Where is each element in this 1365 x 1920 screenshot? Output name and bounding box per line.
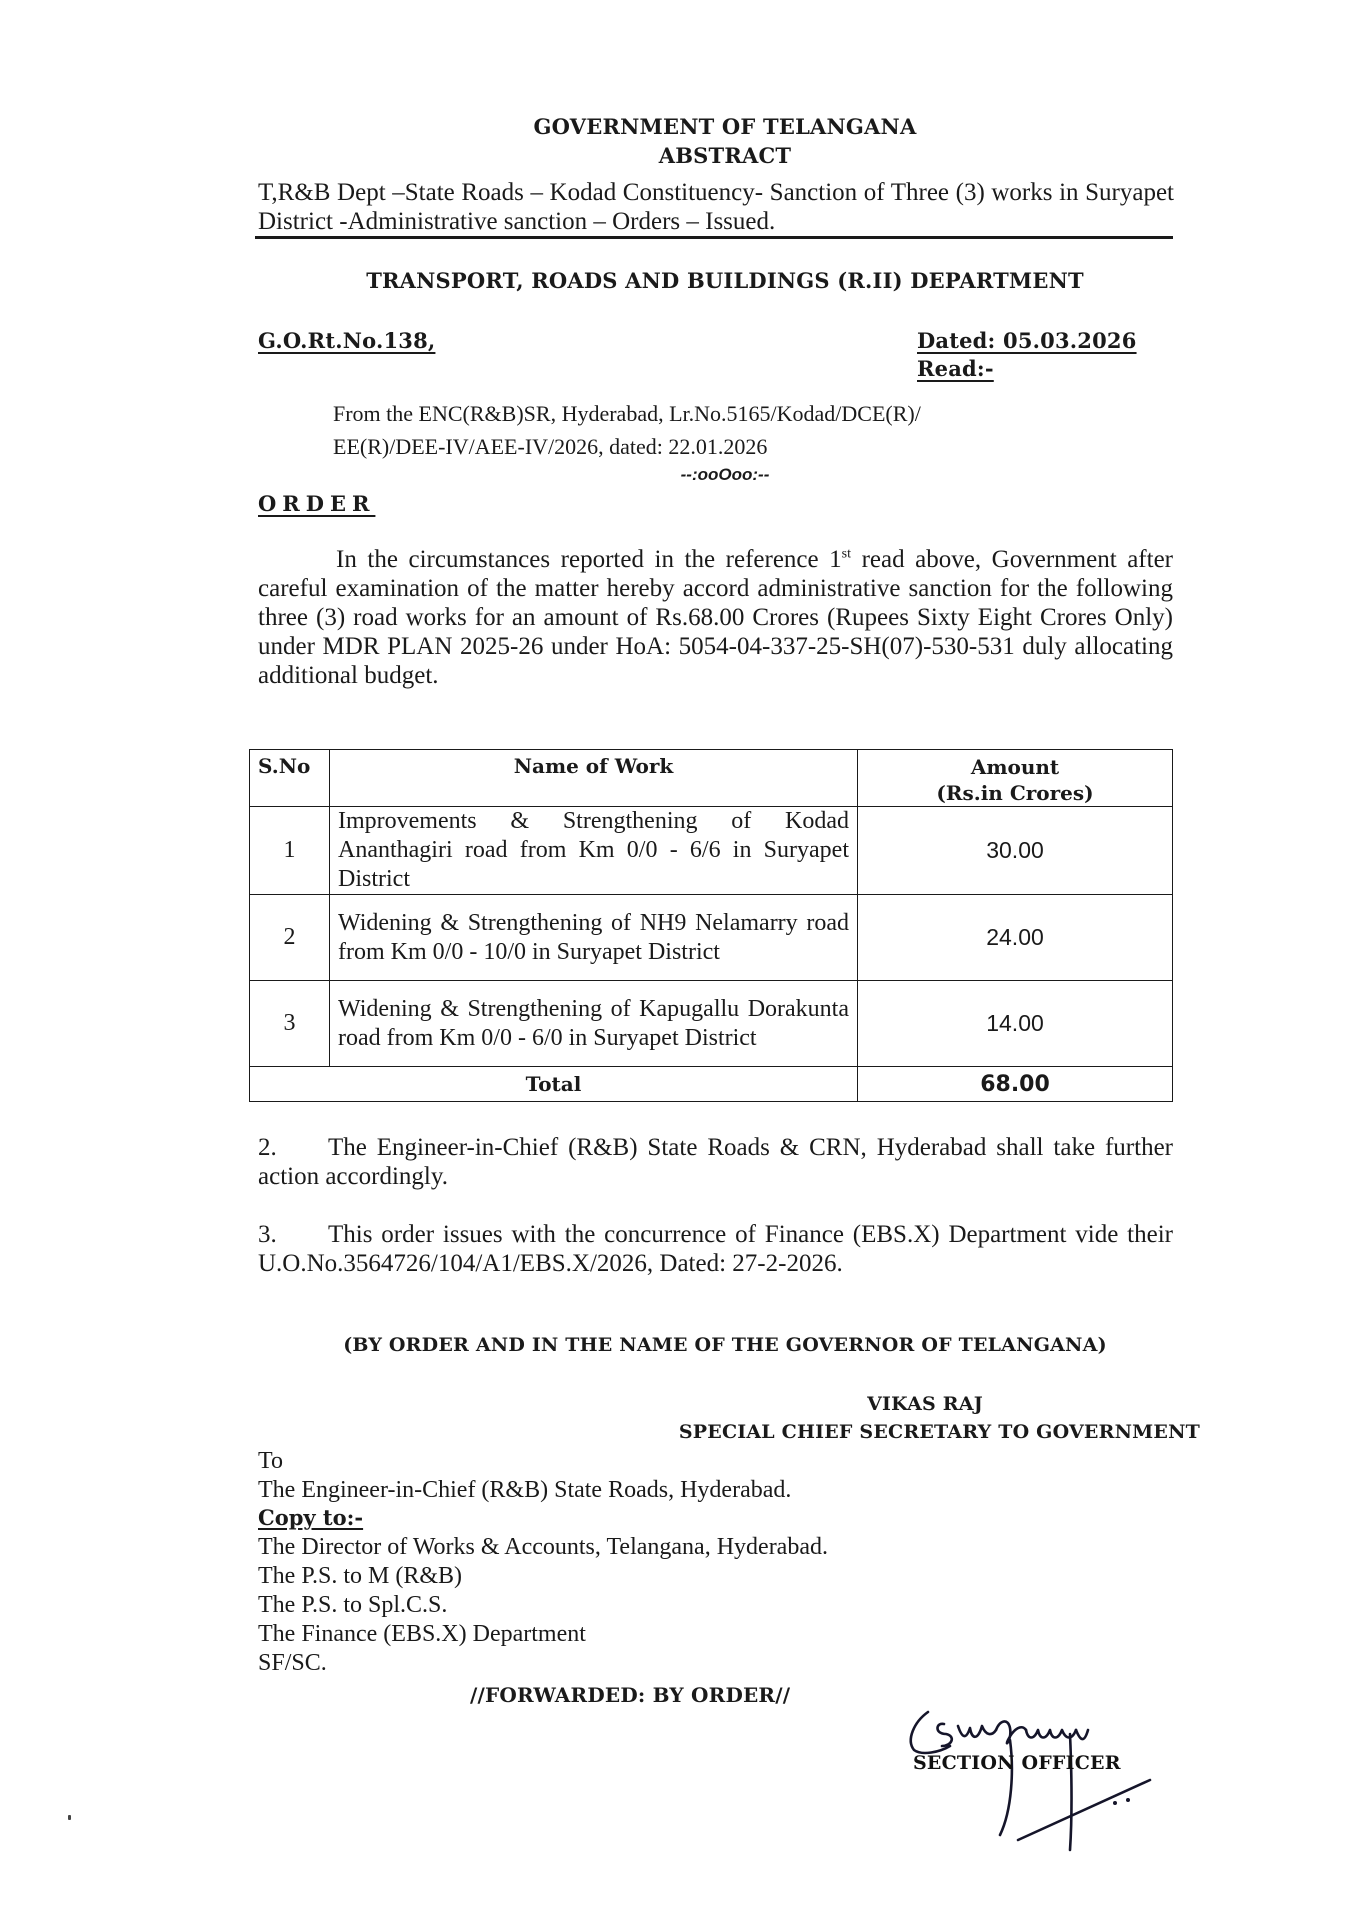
row-sno: 2 [250, 895, 330, 981]
paragraph-2-text: The Engineer-in-Chief (R&B) State Roads … [258, 1134, 1173, 1190]
section-officer-label: SECTION OFFICER [913, 1752, 1121, 1774]
governor-authority-line: (BY ORDER AND IN THE NAME OF THE GOVERNO… [250, 1334, 1200, 1356]
copy-recipient: The P.S. to Spl.C.S. [258, 1591, 828, 1620]
copy-recipient: The Finance (EBS.X) Department [258, 1620, 828, 1649]
forwarded-by-order: //FORWARDED: BY ORDER// [470, 1683, 790, 1707]
header-amount-line-2: (Rs.in Crores) [866, 780, 1164, 806]
copy-recipient: SF/SC. [258, 1649, 828, 1678]
government-order-document: GOVERNMENT OF TELANGANA ABSTRACT T,R&B D… [0, 0, 1365, 1920]
go-number: G.O.Rt.No.138, [258, 328, 435, 353]
subject-line: T,R&B Dept –State Roads – Kodad Constitu… [258, 178, 1174, 236]
row-work-name: Widening & Strengthening of NH9 Nelamarr… [330, 895, 858, 981]
reference-line-1: From the ENC(R&B)SR, Hyderabad, Lr.No.51… [333, 397, 1153, 430]
table-row: 3 Widening & Strengthening of Kapugallu … [250, 981, 1173, 1067]
row-amount: 24.00 [858, 895, 1173, 981]
total-amount: 68.00 [858, 1067, 1173, 1102]
to-label: To [258, 1447, 283, 1475]
table-row: 2 Widening & Strengthening of NH9 Nelama… [250, 895, 1173, 981]
subject-divider [255, 236, 1173, 239]
row-sno: 3 [250, 981, 330, 1067]
paragraph-2-number: 2. [258, 1133, 328, 1162]
separator-ornament: --:ooOoo:-- [250, 465, 1200, 485]
paragraph-3-text: This order issues with the concurrence o… [258, 1221, 1173, 1277]
read-label: Read:- [917, 356, 994, 381]
order-date: Dated: 05.03.2026 [917, 328, 1137, 353]
paragraph-2: 2.The Engineer-in-Chief (R&B) State Road… [258, 1133, 1173, 1191]
government-heading: GOVERNMENT OF TELANGANA [250, 114, 1200, 139]
row-sno: 1 [250, 807, 330, 895]
signatory-name: VIKAS RAJ [845, 1393, 1005, 1415]
paragraph-3-number: 3. [258, 1220, 328, 1249]
paragraph-1-start: In the circumstances reported in the ref… [336, 546, 842, 573]
paragraph-3: 3.This order issues with the concurrence… [258, 1220, 1173, 1278]
row-work-name: Improvements & Strengthening of Kodad An… [330, 807, 858, 895]
copy-to-label: Copy to:- [258, 1504, 363, 1532]
copy-recipient: The P.S. to M (R&B) [258, 1562, 828, 1591]
department-heading: TRANSPORT, ROADS AND BUILDINGS (R.II) DE… [250, 268, 1200, 293]
abstract-heading: ABSTRACT [250, 143, 1200, 168]
row-amount: 30.00 [858, 807, 1173, 895]
reference-block: From the ENC(R&B)SR, Hyderabad, Lr.No.51… [333, 397, 1153, 463]
total-label: Total [250, 1067, 858, 1102]
table-header-row: S.No Name of Work Amount (Rs.in Crores) [250, 750, 1173, 807]
copy-recipient: The Director of Works & Accounts, Telang… [258, 1533, 828, 1562]
header-amount: Amount (Rs.in Crores) [858, 750, 1173, 807]
paragraph-1: In the circumstances reported in the ref… [258, 545, 1173, 690]
reference-line-2: EE(R)/DEE-IV/AEE-IV/2026, dated: 22.01.2… [333, 430, 1153, 463]
signature-icon [900, 1700, 1220, 1880]
copy-to-list: The Director of Works & Accounts, Telang… [258, 1533, 828, 1678]
scan-speck [68, 1815, 71, 1820]
order-heading: ORDER [258, 491, 375, 516]
to-addressee: The Engineer-in-Chief (R&B) State Roads,… [258, 1476, 791, 1504]
header-name-of-work: Name of Work [330, 750, 858, 807]
ordinal-suffix: st [842, 547, 851, 562]
signatory-title: SPECIAL CHIEF SECRETARY TO GOVERNMENT [600, 1421, 1200, 1443]
header-sno: S.No [250, 750, 330, 807]
table-row: 1 Improvements & Strengthening of Kodad … [250, 807, 1173, 895]
table-total-row: Total 68.00 [250, 1067, 1173, 1102]
header-amount-line-1: Amount [866, 754, 1164, 780]
works-table: S.No Name of Work Amount (Rs.in Crores) … [249, 749, 1173, 1102]
row-work-name: Widening & Strengthening of Kapugallu Do… [330, 981, 858, 1067]
row-amount: 14.00 [858, 981, 1173, 1067]
